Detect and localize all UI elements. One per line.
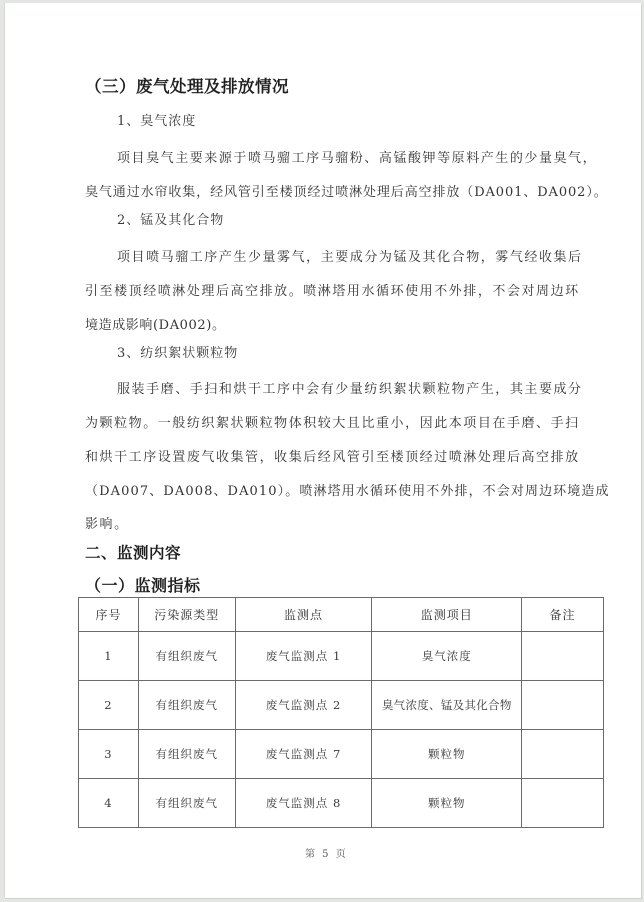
subsection-title-indicators: （一）监测指标 — [85, 573, 201, 596]
paragraph-line: 影响。 — [85, 513, 129, 532]
paragraph-line: 境造成影响(DA002)。 — [85, 314, 226, 333]
table-header-row: 序号 污染源类型 监测点 监测项目 备注 — [79, 598, 604, 632]
document-page: （三）废气处理及排放情况 1、臭气浓度 项目臭气主要来源于喷马骝工序马骝粉、高锰… — [4, 3, 641, 898]
cell-index: 2 — [79, 681, 139, 730]
cell-monitoring-point: 废气监测点 1 — [235, 632, 372, 681]
cell-remarks — [522, 632, 604, 681]
cell-index: 1 — [79, 632, 139, 681]
paragraph-line: 为颗粒物。一般纺织絮状颗粒物体积较大且比重小，因此本项目在手磨、手扫 — [85, 412, 580, 431]
cell-remarks — [522, 730, 604, 779]
cell-index: 4 — [79, 779, 139, 828]
cell-index: 3 — [79, 730, 139, 779]
cell-monitoring-item: 臭气浓度 — [372, 632, 522, 681]
cell-source-type: 有组织废气 — [138, 730, 235, 779]
paragraph-line: 和烘干工序设置废气收集管，收集后经风管引至楼顶经过喷淋处理后高空排放 — [85, 446, 580, 465]
item-heading-textile-particles: 3、纺织絮状颗粒物 — [117, 342, 238, 361]
cell-source-type: 有组织废气 — [138, 632, 235, 681]
page-number: 第 5 页 — [305, 845, 348, 860]
header-monitoring-point: 监测点 — [235, 598, 372, 632]
section-title-monitoring: 二、监测内容 — [85, 541, 181, 563]
cell-monitoring-item: 颗粒物 — [372, 779, 522, 828]
cell-monitoring-item: 颗粒物 — [372, 730, 522, 779]
paragraph-line: 服装手磨、手扫和烘干工序中会有少量纺织絮状颗粒物产生，其主要成分 — [117, 378, 583, 397]
table-row: 1 有组织废气 废气监测点 1 臭气浓度 — [79, 632, 604, 681]
section-title-waste-gas: （三）废气处理及排放情况 — [85, 73, 289, 97]
cell-monitoring-point: 废气监测点 8 — [235, 779, 372, 828]
header-monitoring-item: 监测项目 — [372, 598, 522, 632]
cell-monitoring-point: 废气监测点 2 — [235, 681, 372, 730]
paragraph-line: 项目喷马骝工序产生少量雾气，主要成分为锰及其化合物，雾气经收集后 — [117, 246, 583, 265]
paragraph-line: 臭气通过水帘收集，经风管引至楼顶经过喷淋处理后高空排放（DA001、DA002）… — [85, 181, 608, 200]
header-source-type: 污染源类型 — [138, 598, 235, 632]
cell-monitoring-point: 废气监测点 7 — [235, 730, 372, 779]
cell-remarks — [522, 779, 604, 828]
cell-monitoring-item: 臭气浓度、锰及其化合物 — [372, 681, 522, 730]
header-index: 序号 — [79, 598, 139, 632]
cell-remarks — [522, 681, 604, 730]
paragraph-line: 引至楼顶经喷淋处理后高空排放。喷淋塔用水循环使用不外排，不会对周边环 — [85, 280, 580, 299]
item-heading-manganese: 2、锰及其化合物 — [117, 209, 224, 228]
item-heading-odor: 1、臭气浓度 — [117, 110, 196, 129]
table-row: 4 有组织废气 废气监测点 8 颗粒物 — [79, 779, 604, 828]
table-row: 2 有组织废气 废气监测点 2 臭气浓度、锰及其化合物 — [79, 681, 604, 730]
paragraph-line: 项目臭气主要来源于喷马骝工序马骝粉、高锰酸钾等原料产生的少量臭气， — [117, 147, 597, 166]
cell-source-type: 有组织废气 — [138, 779, 235, 828]
table-row: 3 有组织废气 废气监测点 7 颗粒物 — [79, 730, 604, 779]
cell-source-type: 有组织废气 — [138, 681, 235, 730]
monitoring-table: 序号 污染源类型 监测点 监测项目 备注 1 有组织废气 废气监测点 1 臭气浓… — [78, 597, 604, 828]
paragraph-line: （DA007、DA008、DA010）。喷淋塔用水循环使用不外排，不会对周边环境… — [85, 480, 610, 499]
header-remarks: 备注 — [522, 598, 604, 632]
